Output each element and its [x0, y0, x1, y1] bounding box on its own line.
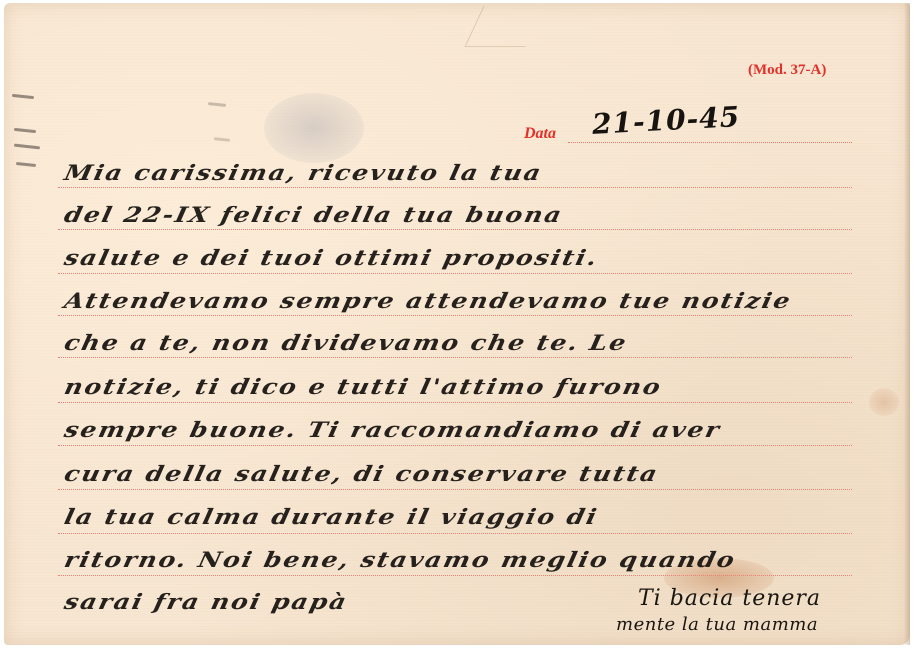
handwritten-line: sarai fra noi papà	[62, 589, 627, 614]
ink-smudge	[264, 93, 364, 163]
postmark-stroke	[14, 128, 36, 133]
handwritten-line: sempre buone. Ti raccomandiamo di aver	[62, 417, 867, 442]
ruled-line	[58, 575, 852, 576]
handwritten-line: Attendevamo sempre attendevamo tue notiz…	[62, 288, 867, 313]
postmark-stroke	[16, 162, 36, 167]
paper-stain	[869, 388, 899, 416]
handwritten-line: cura della salute, di conservare tutta	[62, 461, 867, 486]
postmark-stroke	[214, 137, 230, 142]
card-edge-shadow	[904, 3, 910, 645]
ruled-line	[58, 489, 852, 490]
ruled-line	[58, 273, 852, 274]
ruled-line	[58, 229, 852, 230]
ruled-line	[58, 357, 852, 358]
postmark-stroke	[208, 102, 226, 107]
handwritten-line: Mia carissima, ricevuto la tua	[62, 160, 867, 185]
form-code: (Mod. 37-A)	[748, 62, 826, 79]
ruled-line	[58, 187, 852, 188]
ruled-line	[58, 533, 852, 534]
ruled-line	[58, 315, 852, 316]
handwritten-line: salute e dei tuoi ottimi propositi.	[62, 245, 867, 270]
ruled-line	[58, 402, 852, 403]
paper-crease	[464, 6, 544, 47]
ruled-line	[58, 445, 852, 446]
postmark-stroke	[14, 144, 40, 150]
handwritten-line: che a te, non dividevamo che te. Le	[62, 330, 867, 355]
handwritten-line: notizie, ti dico e tutti l'attimo furono	[62, 374, 867, 399]
closing-line: Ti bacia tenera	[638, 586, 821, 611]
handwritten-line: ritorno. Noi bene, stavamo meglio quando	[62, 547, 867, 572]
date-label: Data	[524, 125, 556, 143]
date-ruled-line	[568, 142, 852, 143]
closing-line: mente la tua mamma	[616, 614, 818, 635]
handwritten-line: del 22-IX felici della tua buona	[62, 202, 867, 227]
postmark-stroke	[12, 94, 34, 99]
handwritten-line: la tua calma durante il viaggio di	[62, 504, 867, 529]
